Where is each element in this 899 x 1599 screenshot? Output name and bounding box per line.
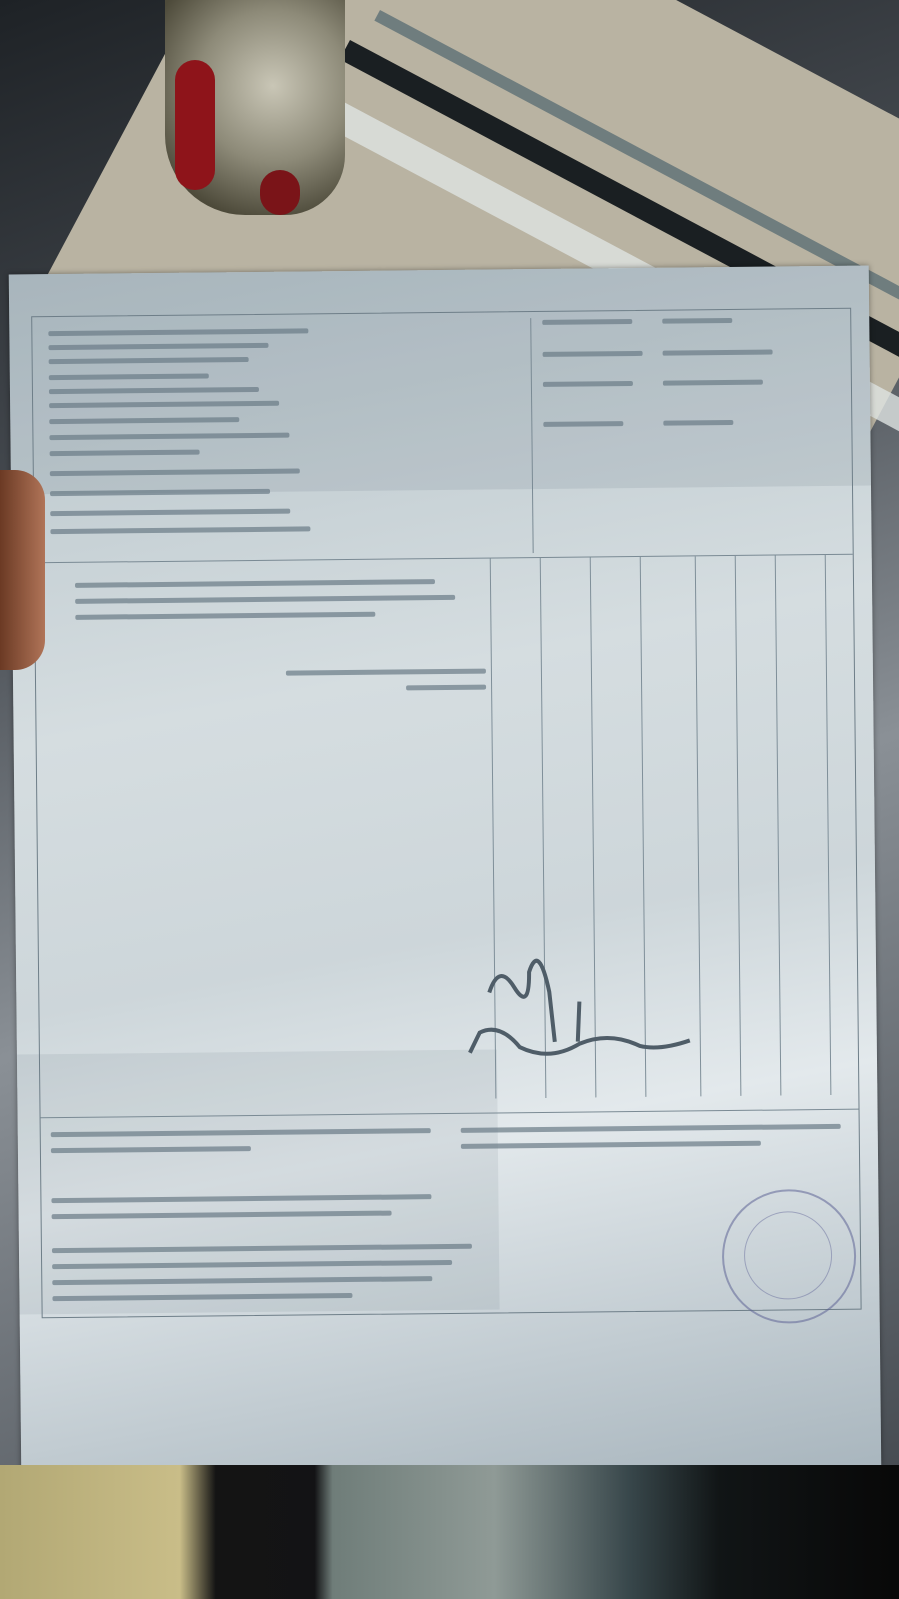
- handwritten-signature: [459, 930, 700, 1073]
- round-stamp: [721, 1189, 856, 1324]
- red-flowers: [175, 60, 215, 190]
- item-table: [35, 554, 859, 1104]
- header-right-block: [532, 309, 852, 542]
- stamp-inner-ring: [744, 1211, 833, 1300]
- hand-holding-document: [0, 470, 45, 670]
- document-paper: [9, 266, 882, 1475]
- header-left-block: [40, 318, 533, 558]
- flower-bouquet: [165, 0, 345, 215]
- red-flowers: [260, 170, 300, 215]
- bottom-background-objects: [0, 1465, 899, 1599]
- form-frame: [31, 308, 861, 1319]
- photo-scene: Photo of a hand holding a printed form d…: [0, 0, 899, 1599]
